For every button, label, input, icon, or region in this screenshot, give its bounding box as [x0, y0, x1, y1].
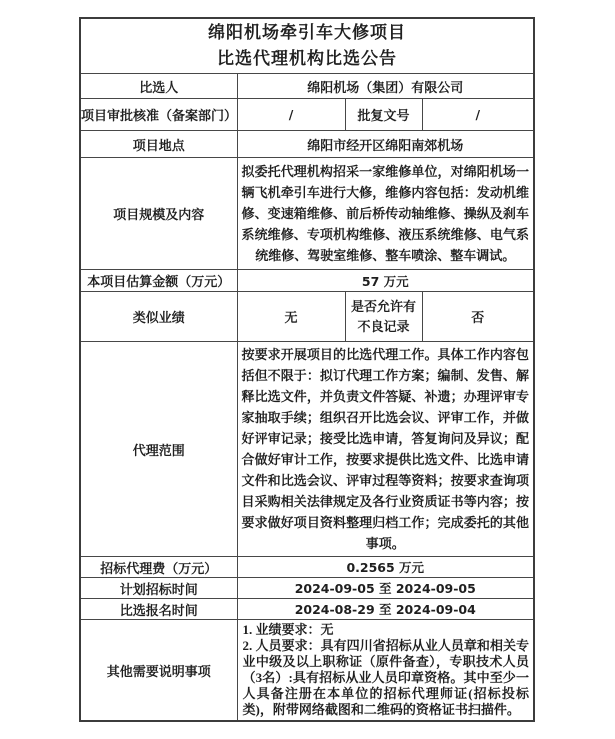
table-row-estimate: 本项目估算金额（万元） 57 万元: [80, 270, 534, 292]
approval-ref-label: 批复文号: [345, 99, 422, 131]
agency-scope-value: 按要求开展项目的比选代理工作。具体工作内容包括但不限于：拟订代理工作方案；编制、…: [237, 342, 534, 557]
agency-scope-label: 代理范围: [80, 342, 237, 557]
table-row-location: 项目地点 绵阳市经开区绵阳南郊机场: [80, 131, 534, 158]
document-title-line2: 比选代理机构比选公告: [82, 46, 532, 72]
document-page: { "colors": { "background": "#ffffff", "…: [0, 0, 615, 739]
approval-value: /: [237, 99, 345, 131]
document-title: 绵阳机场牵引车大修项目 比选代理机构比选公告: [80, 18, 534, 74]
other-notes-item2: 2. 人员要求：具有四川省招标从业人员章和相关专业中级及以上职称证（原件备查），…: [243, 638, 530, 718]
other-notes-label: 其他需要说明事项: [80, 620, 237, 722]
scope-label: 项目规模及内容: [80, 158, 237, 270]
similar-performance-value: 无: [237, 292, 345, 342]
agency-fee-value: 0.2565 万元: [237, 557, 534, 578]
similar-performance-label: 类似业绩: [80, 292, 237, 342]
bidder-label: 比选人: [80, 74, 237, 99]
bad-record-label: 是否允许有不良记录: [345, 292, 422, 342]
agency-fee-label: 招标代理费（万元）: [80, 557, 237, 578]
table-row-bidder: 比选人 绵阳机场（集团）有限公司: [80, 74, 534, 99]
scope-value: 拟委托代理机构招采一家维修单位，对绵阳机场一辆飞机牵引车进行大修，维修内容包括：…: [237, 158, 534, 270]
table-row-other-notes: 其他需要说明事项 1. 业绩要求：无 2. 人员要求：具有四川省招标从业人员章和…: [80, 620, 534, 722]
tender-time-label: 计划招标时间: [80, 578, 237, 599]
table-row-signup-time: 比选报名时间 2024-08-29 至 2024-09-04: [80, 599, 534, 620]
estimate-value: 57 万元: [237, 270, 534, 292]
signup-time-label: 比选报名时间: [80, 599, 237, 620]
tender-time-value: 2024-09-05 至 2024-09-05: [237, 578, 534, 599]
location-label: 项目地点: [80, 131, 237, 158]
table-row-agency-scope: 代理范围 按要求开展项目的比选代理工作。具体工作内容包括但不限于：拟订代理工作方…: [80, 342, 534, 557]
table-row-agency-fee: 招标代理费（万元） 0.2565 万元: [80, 557, 534, 578]
other-notes-item1: 1. 业绩要求：无: [243, 622, 530, 638]
signup-time-value: 2024-08-29 至 2024-09-04: [237, 599, 534, 620]
bidder-value: 绵阳机场（集团）有限公司: [237, 74, 534, 99]
approval-label: 项目审批核准（备案部门）: [80, 99, 237, 131]
table-row-title: 绵阳机场牵引车大修项目 比选代理机构比选公告: [80, 18, 534, 74]
location-value: 绵阳市经开区绵阳南郊机场: [237, 131, 534, 158]
document-title-line1: 绵阳机场牵引车大修项目: [82, 20, 532, 46]
estimate-label: 本项目估算金额（万元）: [80, 270, 237, 292]
other-notes-value: 1. 业绩要求：无 2. 人员要求：具有四川省招标从业人员章和相关专业中级及以上…: [237, 620, 534, 722]
table-row-approval: 项目审批核准（备案部门） / 批复文号 /: [80, 99, 534, 131]
table-row-tender-time: 计划招标时间 2024-09-05 至 2024-09-05: [80, 578, 534, 599]
table-row-similar-performance: 类似业绩 无 是否允许有不良记录 否: [80, 292, 534, 342]
announcement-table: 绵阳机场牵引车大修项目 比选代理机构比选公告 比选人 绵阳机场（集团）有限公司 …: [79, 17, 535, 722]
approval-ref-value: /: [422, 99, 534, 131]
bad-record-value: 否: [422, 292, 534, 342]
table-row-scope: 项目规模及内容 拟委托代理机构招采一家维修单位，对绵阳机场一辆飞机牵引车进行大修…: [80, 158, 534, 270]
